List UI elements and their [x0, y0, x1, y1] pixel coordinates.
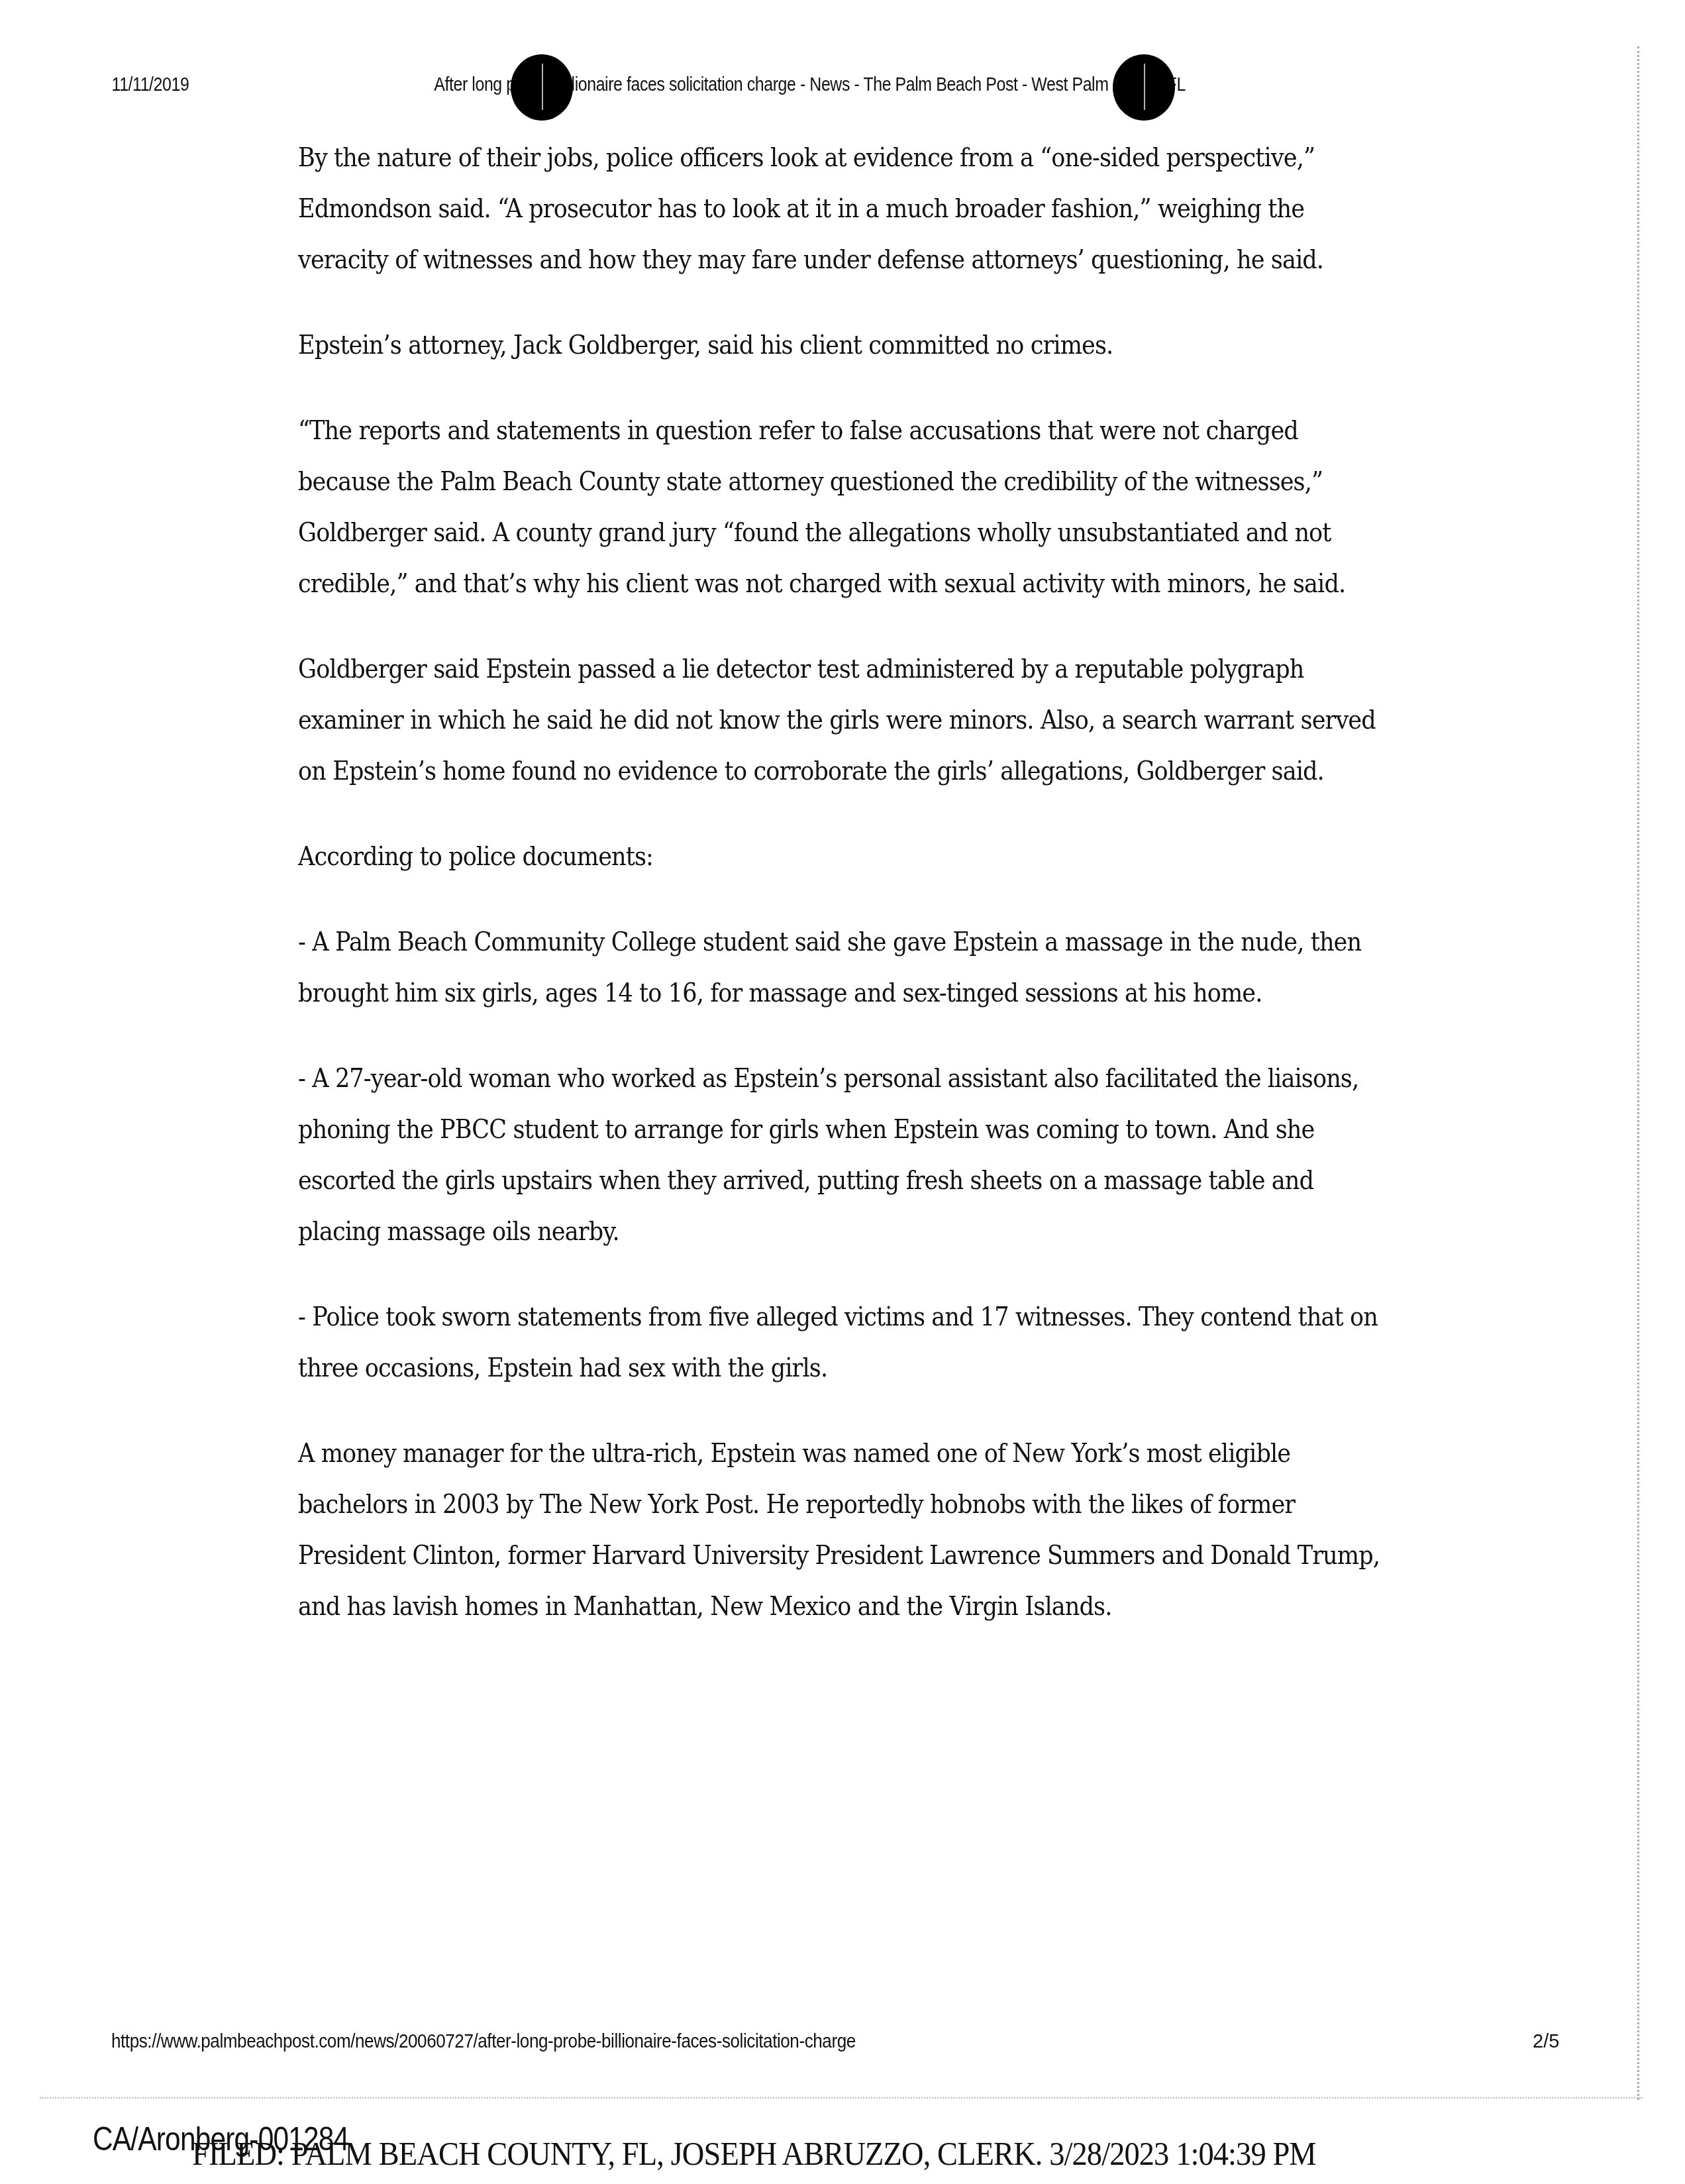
article-list-item: - A 27-year-old woman who worked as Epst…: [298, 1053, 1389, 1257]
page-number: 2/5: [1533, 2031, 1559, 2053]
article-paragraph: According to police documents:: [298, 831, 1389, 882]
article-paragraph: Epstein’s attorney, Jack Goldberger, sai…: [298, 320, 1389, 371]
article-body: By the nature of their jobs, police offi…: [298, 132, 1384, 1667]
punch-hole-mark: [511, 54, 573, 121]
filed-stamp: FILED: PALM BEACH COUNTY, FL, JOSEPH ABR…: [192, 2134, 1316, 2173]
article-paragraph: By the nature of their jobs, police offi…: [298, 132, 1389, 286]
punch-hole-mark: [1113, 54, 1175, 121]
article-list-item: - A Palm Beach Community College student…: [298, 917, 1389, 1019]
scan-edge-artifact: [40, 2097, 1643, 2099]
bates-number: CA/Aronberg-001284: [93, 2120, 348, 2158]
print-header: 11/11/2019 After long probe, billionaire…: [0, 74, 1449, 101]
print-date: 11/11/2019: [112, 74, 189, 96]
article-paragraph: “The reports and statements in question …: [298, 405, 1389, 609]
scan-margin-artifact: [1637, 46, 1639, 2100]
article-paragraph: A money manager for the ultra-rich, Epst…: [298, 1428, 1389, 1632]
source-url: https://www.palmbeachpost.com/news/20060…: [111, 2031, 856, 2053]
article-list-item: - Police took sworn statements from five…: [298, 1292, 1389, 1394]
article-paragraph: Goldberger said Epstein passed a lie det…: [298, 644, 1389, 797]
